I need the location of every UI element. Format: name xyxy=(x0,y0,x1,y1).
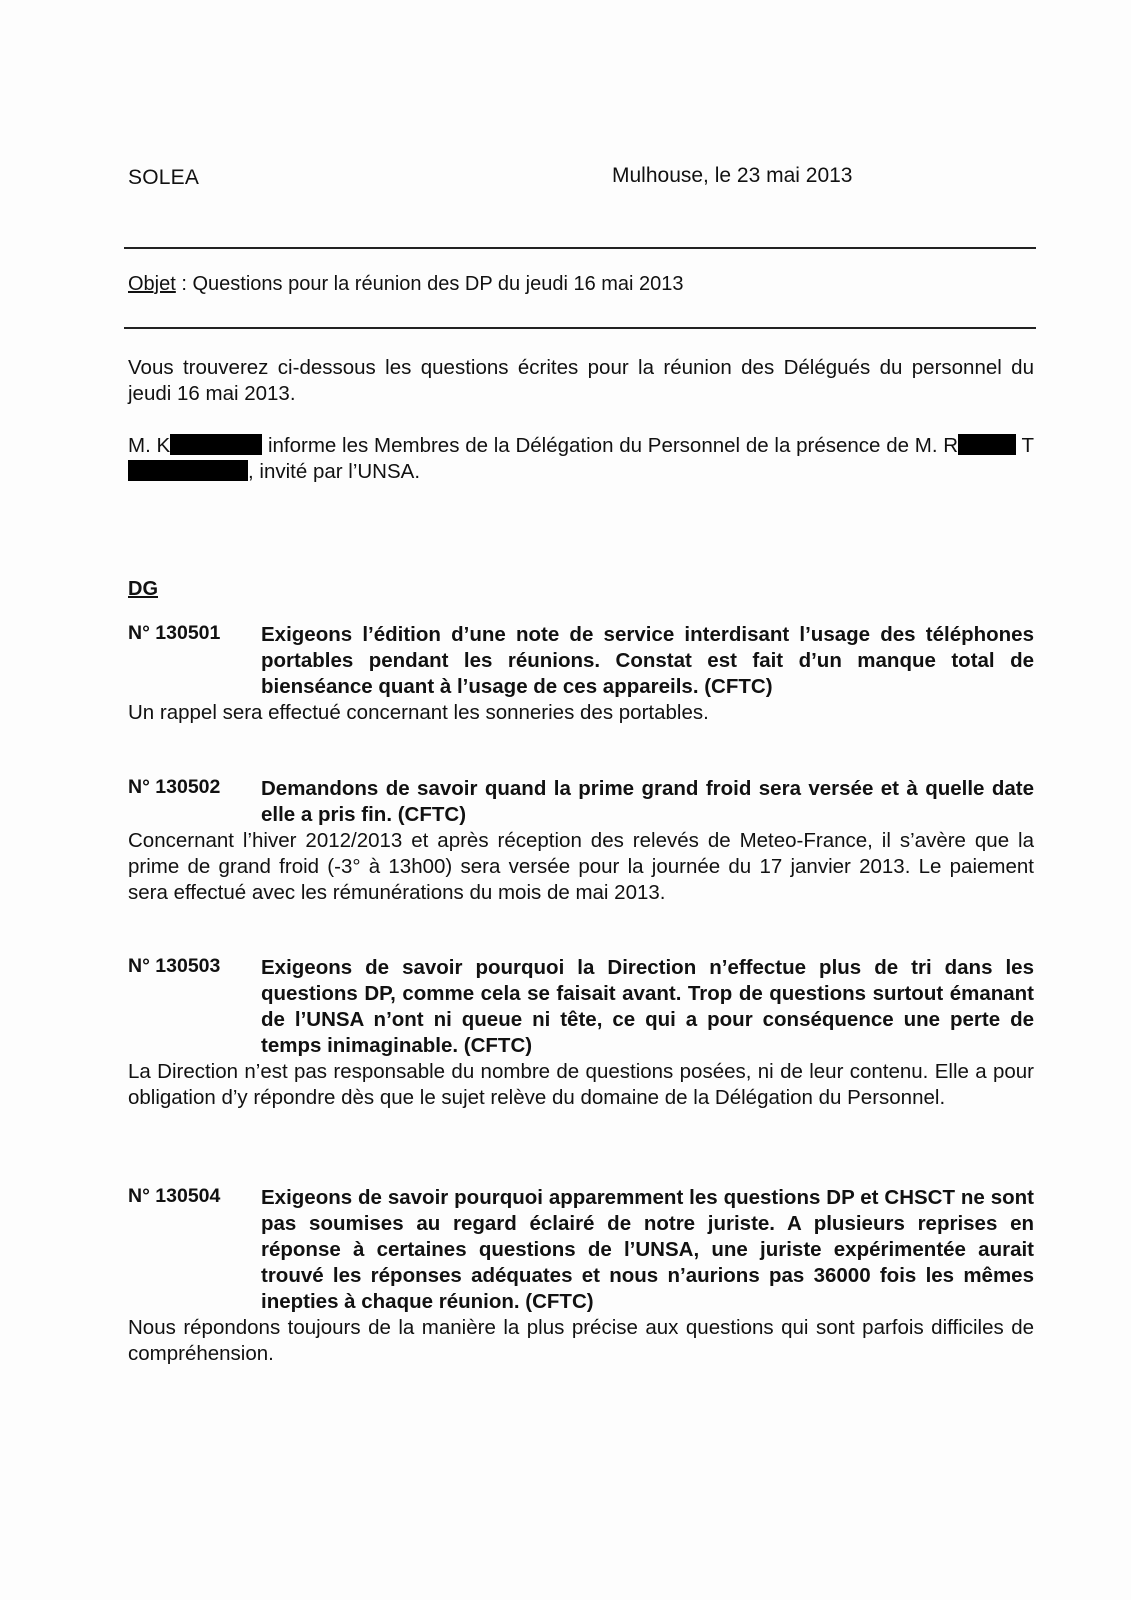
question-number: N° 130502 xyxy=(128,776,220,799)
attendance-paragraph: M. K informe les Membres de la Délégatio… xyxy=(128,433,1034,485)
redacted-name-block xyxy=(958,434,1016,455)
answer-text: Concernant l’hiver 2012/2013 et après ré… xyxy=(128,828,1034,906)
document-page: SOLEA Mulhouse, le 23 mai 2013 Objet : Q… xyxy=(0,0,1131,1600)
divider-bottom xyxy=(124,327,1036,329)
section-title: DG xyxy=(128,578,158,601)
answer-text: Un rappel sera effectué concernant les s… xyxy=(128,700,1034,726)
subject-separator: : xyxy=(176,273,193,295)
subject-line: Objet : Questions pour la réunion des DP… xyxy=(128,273,684,296)
question-item: N° 130501 Exigeons l’édition d’une note … xyxy=(128,622,1034,726)
redacted-name-block xyxy=(128,460,248,481)
attendance-text-2: informe les Membres de la Délégation du … xyxy=(262,434,958,457)
question-text: Exigeons l’édition d’une note de service… xyxy=(261,622,1034,700)
company-name: SOLEA xyxy=(128,166,199,190)
question-item: N° 130502 Demandons de savoir quand la p… xyxy=(128,776,1034,906)
place-date: Mulhouse, le 23 mai 2013 xyxy=(612,164,853,188)
answer-text: La Direction n’est pas responsable du no… xyxy=(128,1059,1034,1111)
attendance-text-1: M. K xyxy=(128,434,170,457)
question-text: Exigeons de savoir pourquoi la Direction… xyxy=(261,955,1034,1059)
question-item: N° 130504 Exigeons de savoir pourquoi ap… xyxy=(128,1185,1034,1367)
subject-text: Questions pour la réunion des DP du jeud… xyxy=(192,273,683,295)
divider-top xyxy=(124,247,1036,249)
question-number: N° 130503 xyxy=(128,955,220,978)
question-number: N° 130501 xyxy=(128,622,220,645)
subject-label: Objet xyxy=(128,273,176,295)
question-text: Demandons de savoir quand la prime grand… xyxy=(261,776,1034,828)
intro-paragraph: Vous trouverez ci-dessous les questions … xyxy=(128,355,1034,407)
attendance-text-4: , invité par l’UNSA. xyxy=(248,460,420,483)
question-number: N° 130504 xyxy=(128,1185,220,1208)
answer-text: Nous répondons toujours de la manière la… xyxy=(128,1315,1034,1367)
redacted-name-block xyxy=(170,434,262,455)
question-item: N° 130503 Exigeons de savoir pourquoi la… xyxy=(128,955,1034,1111)
attendance-text-3: T xyxy=(1016,434,1034,457)
question-text: Exigeons de savoir pourquoi apparemment … xyxy=(261,1185,1034,1315)
